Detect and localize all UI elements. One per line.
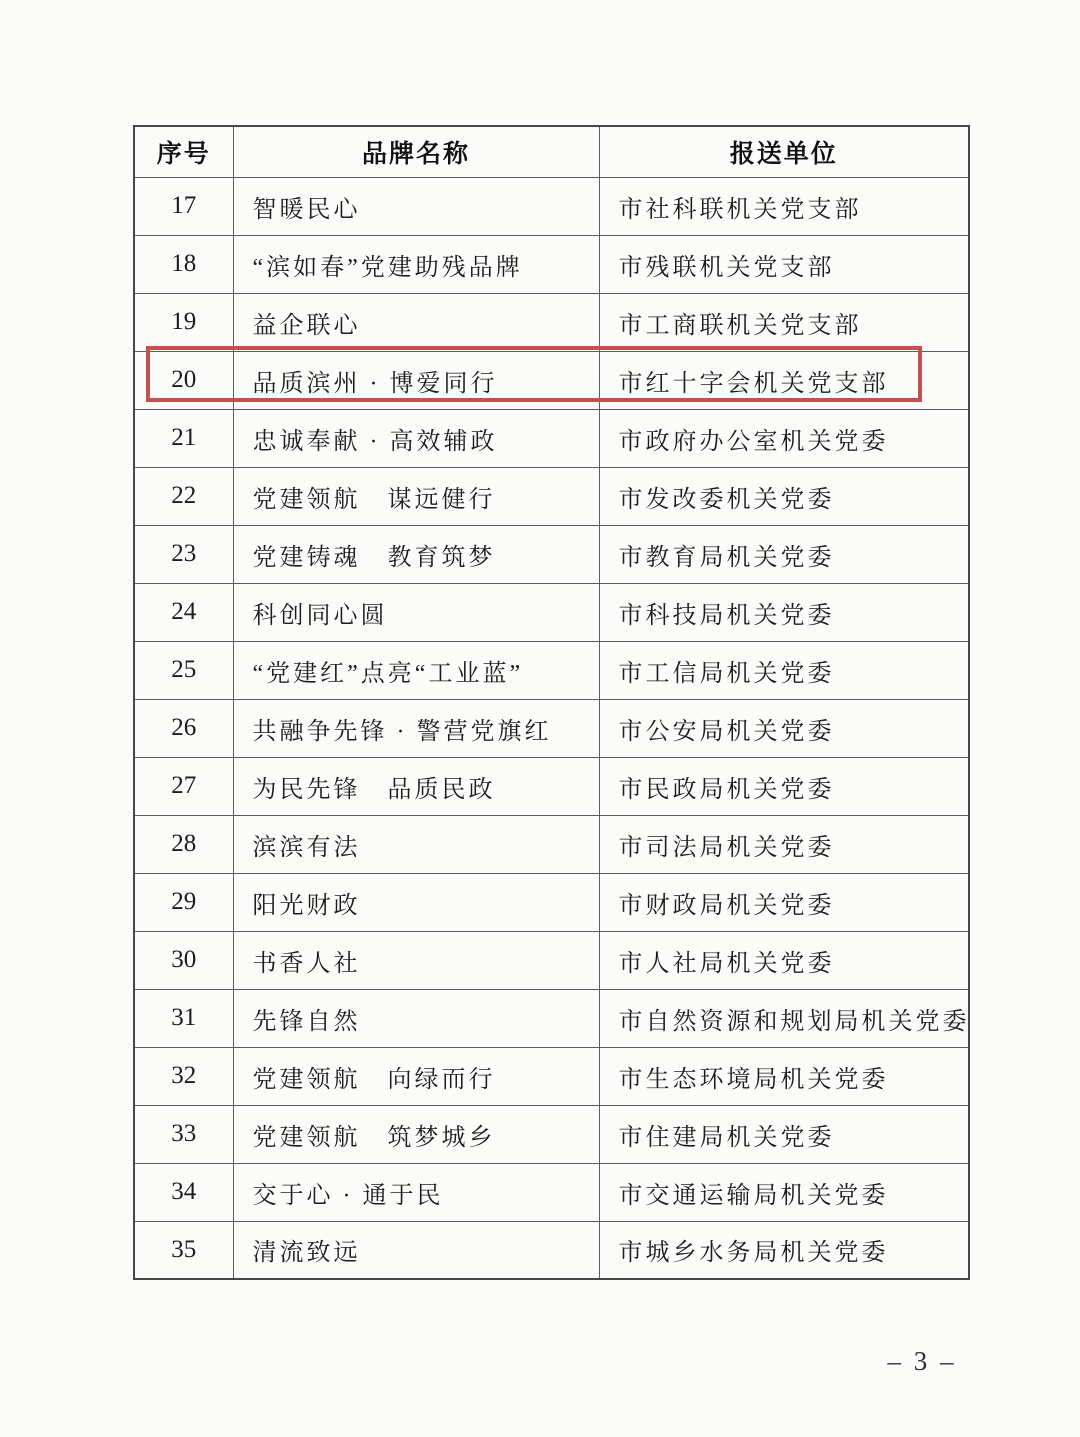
cell-serial-number: 23 bbox=[134, 525, 233, 583]
cell-brand-name: 书香人社 bbox=[233, 931, 599, 989]
cell-submitting-unit: 市生态环境局机关党委 bbox=[599, 1047, 969, 1105]
cell-submitting-unit: 市公安局机关党委 bbox=[599, 699, 969, 757]
table-row: 34 交于心 · 通于民 市交通运输局机关党委 bbox=[134, 1163, 969, 1221]
cell-serial-number: 27 bbox=[134, 757, 233, 815]
cell-brand-name: 党建领航 向绿而行 bbox=[233, 1047, 599, 1105]
cell-serial-number: 19 bbox=[134, 293, 233, 351]
cell-serial-number: 33 bbox=[134, 1105, 233, 1163]
cell-brand-name: 益企联心 bbox=[233, 293, 599, 351]
table-row: 24 科创同心圆 市科技局机关党委 bbox=[134, 583, 969, 641]
cell-serial-number: 25 bbox=[134, 641, 233, 699]
table-row: 32 党建领航 向绿而行 市生态环境局机关党委 bbox=[134, 1047, 969, 1105]
cell-brand-name: 先锋自然 bbox=[233, 989, 599, 1047]
cell-submitting-unit: 市工商联机关党支部 bbox=[599, 293, 969, 351]
cell-serial-number: 18 bbox=[134, 235, 233, 293]
table-row: 30 书香人社 市人社局机关党委 bbox=[134, 931, 969, 989]
table-row: 22 党建领航 谋远健行 市发改委机关党委 bbox=[134, 467, 969, 525]
table-row: 28 滨滨有法 市司法局机关党委 bbox=[134, 815, 969, 873]
brand-table: 序号 品牌名称 报送单位 17 智暖民心 市社科联机关党支部 18 “滨如春”党… bbox=[133, 125, 970, 1280]
cell-serial-number: 24 bbox=[134, 583, 233, 641]
page-number: – 3 – bbox=[852, 1346, 992, 1377]
cell-submitting-unit: 市发改委机关党委 bbox=[599, 467, 969, 525]
document-page: 序号 品牌名称 报送单位 17 智暖民心 市社科联机关党支部 18 “滨如春”党… bbox=[0, 0, 1080, 1437]
table-row: 21 忠诚奉献 · 高效辅政 市政府办公室机关党委 bbox=[134, 409, 969, 467]
table-row: 35 清流致远 市城乡水务局机关党委 bbox=[134, 1221, 969, 1279]
brand-table-wrap: 序号 品牌名称 报送单位 17 智暖民心 市社科联机关党支部 18 “滨如春”党… bbox=[133, 125, 968, 1280]
cell-submitting-unit: 市工信局机关党委 bbox=[599, 641, 969, 699]
table-row: 18 “滨如春”党建助残品牌 市残联机关党支部 bbox=[134, 235, 969, 293]
cell-submitting-unit: 市住建局机关党委 bbox=[599, 1105, 969, 1163]
table-row: 33 党建领航 筑梦城乡 市住建局机关党委 bbox=[134, 1105, 969, 1163]
cell-serial-number: 28 bbox=[134, 815, 233, 873]
cell-brand-name: 共融争先锋 · 警营党旗红 bbox=[233, 699, 599, 757]
cell-submitting-unit: 市社科联机关党支部 bbox=[599, 177, 969, 235]
cell-brand-name: “滨如春”党建助残品牌 bbox=[233, 235, 599, 293]
cell-brand-name: 阳光财政 bbox=[233, 873, 599, 931]
cell-serial-number: 17 bbox=[134, 177, 233, 235]
table-row: 19 益企联心 市工商联机关党支部 bbox=[134, 293, 969, 351]
cell-serial-number: 20 bbox=[134, 351, 233, 409]
cell-brand-name: 忠诚奉献 · 高效辅政 bbox=[233, 409, 599, 467]
cell-brand-name: 党建铸魂 教育筑梦 bbox=[233, 525, 599, 583]
cell-submitting-unit: 市红十字会机关党支部 bbox=[599, 351, 969, 409]
cell-submitting-unit: 市司法局机关党委 bbox=[599, 815, 969, 873]
cell-brand-name: 党建领航 筑梦城乡 bbox=[233, 1105, 599, 1163]
cell-submitting-unit: 市科技局机关党委 bbox=[599, 583, 969, 641]
cell-serial-number: 31 bbox=[134, 989, 233, 1047]
cell-submitting-unit: 市交通运输局机关党委 bbox=[599, 1163, 969, 1221]
cell-submitting-unit: 市自然资源和规划局机关党委 bbox=[599, 989, 969, 1047]
cell-brand-name: 品质滨州 · 博爱同行 bbox=[233, 351, 599, 409]
table-row: 20 品质滨州 · 博爱同行 市红十字会机关党支部 bbox=[134, 351, 969, 409]
cell-submitting-unit: 市人社局机关党委 bbox=[599, 931, 969, 989]
cell-submitting-unit: 市民政局机关党委 bbox=[599, 757, 969, 815]
cell-serial-number: 34 bbox=[134, 1163, 233, 1221]
cell-brand-name: 交于心 · 通于民 bbox=[233, 1163, 599, 1221]
cell-submitting-unit: 市残联机关党支部 bbox=[599, 235, 969, 293]
table-header-row: 序号 品牌名称 报送单位 bbox=[134, 126, 969, 177]
table-row: 23 党建铸魂 教育筑梦 市教育局机关党委 bbox=[134, 525, 969, 583]
cell-serial-number: 22 bbox=[134, 467, 233, 525]
cell-brand-name: 党建领航 谋远健行 bbox=[233, 467, 599, 525]
table-row: 25 “党建红”点亮“工业蓝” 市工信局机关党委 bbox=[134, 641, 969, 699]
cell-brand-name: 清流致远 bbox=[233, 1221, 599, 1279]
cell-submitting-unit: 市城乡水务局机关党委 bbox=[599, 1221, 969, 1279]
cell-submitting-unit: 市政府办公室机关党委 bbox=[599, 409, 969, 467]
cell-serial-number: 29 bbox=[134, 873, 233, 931]
table-row: 29 阳光财政 市财政局机关党委 bbox=[134, 873, 969, 931]
table-body: 17 智暖民心 市社科联机关党支部 18 “滨如春”党建助残品牌 市残联机关党支… bbox=[134, 177, 969, 1279]
cell-serial-number: 32 bbox=[134, 1047, 233, 1105]
cell-submitting-unit: 市财政局机关党委 bbox=[599, 873, 969, 931]
header-submitting-unit: 报送单位 bbox=[599, 126, 969, 177]
cell-brand-name: 为民先锋 品质民政 bbox=[233, 757, 599, 815]
cell-brand-name: 智暖民心 bbox=[233, 177, 599, 235]
cell-serial-number: 26 bbox=[134, 699, 233, 757]
table-row: 17 智暖民心 市社科联机关党支部 bbox=[134, 177, 969, 235]
cell-serial-number: 35 bbox=[134, 1221, 233, 1279]
cell-brand-name: 滨滨有法 bbox=[233, 815, 599, 873]
header-serial-number: 序号 bbox=[134, 126, 233, 177]
cell-brand-name: “党建红”点亮“工业蓝” bbox=[233, 641, 599, 699]
table-row: 26 共融争先锋 · 警营党旗红 市公安局机关党委 bbox=[134, 699, 969, 757]
cell-serial-number: 21 bbox=[134, 409, 233, 467]
table-row: 27 为民先锋 品质民政 市民政局机关党委 bbox=[134, 757, 969, 815]
cell-submitting-unit: 市教育局机关党委 bbox=[599, 525, 969, 583]
table-row: 31 先锋自然 市自然资源和规划局机关党委 bbox=[134, 989, 969, 1047]
cell-serial-number: 30 bbox=[134, 931, 233, 989]
header-brand-name: 品牌名称 bbox=[233, 126, 599, 177]
cell-brand-name: 科创同心圆 bbox=[233, 583, 599, 641]
